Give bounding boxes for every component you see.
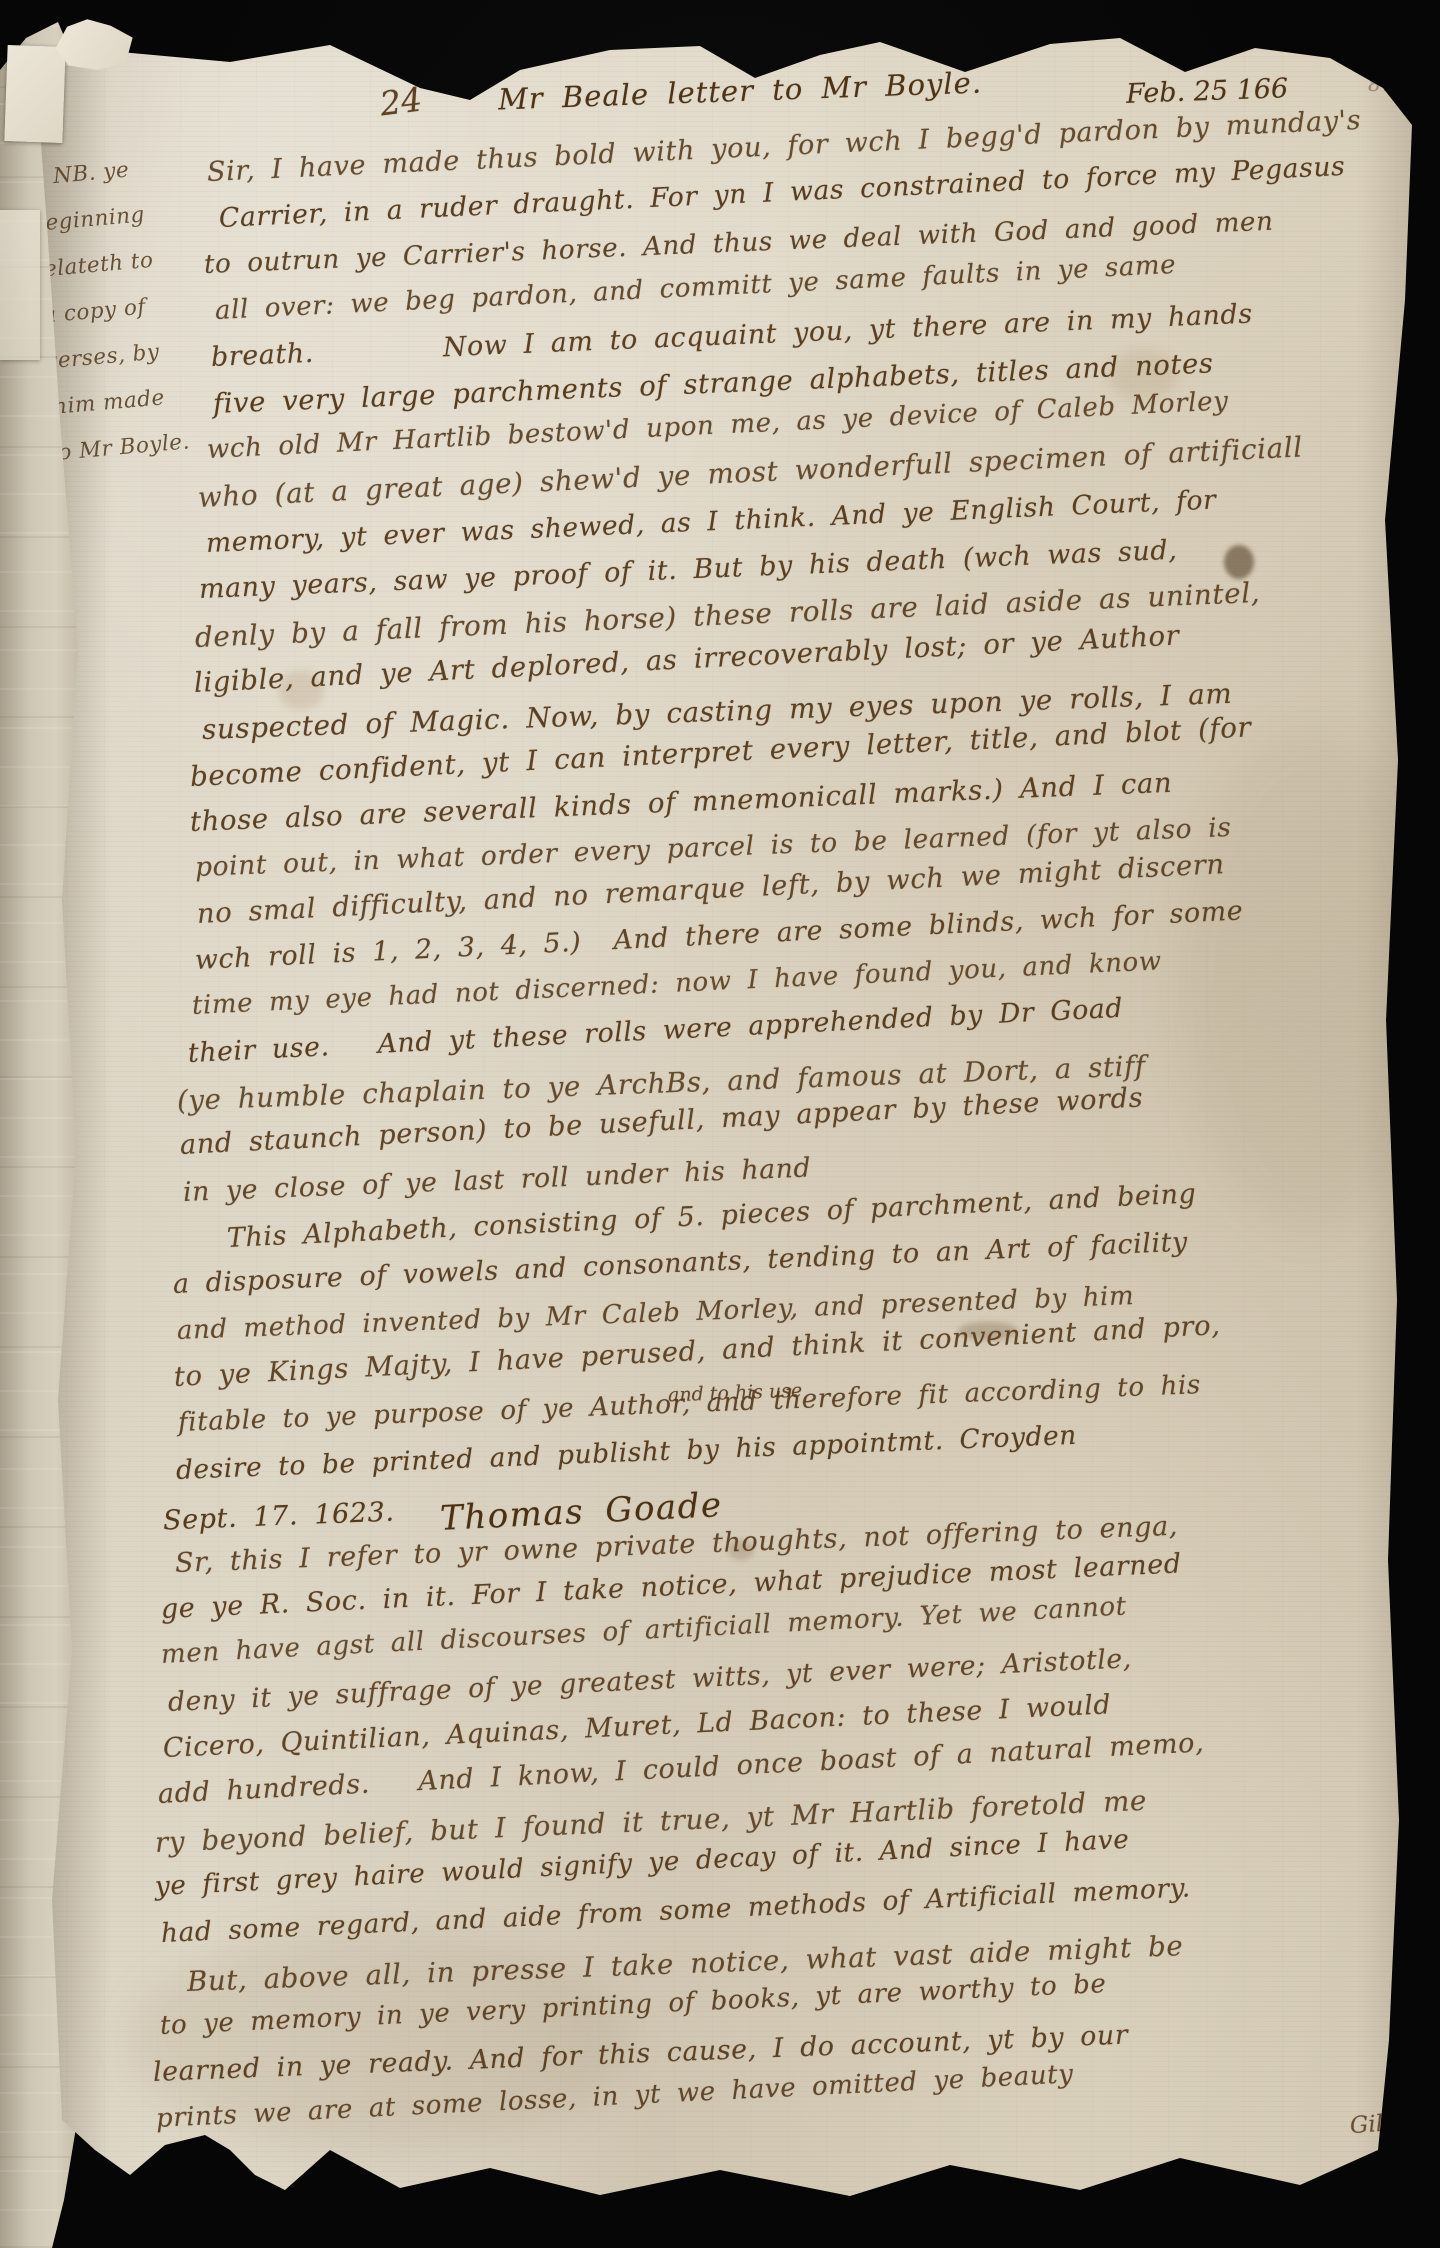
margin-note-line: NB. ye <box>52 152 196 210</box>
tape-repair <box>4 45 65 143</box>
header-title: Mr Beale letter to Mr Boyle. <box>498 66 983 117</box>
quote-date-line: Sept. 17. 1623. <box>162 1497 395 1537</box>
ink-stain <box>1224 545 1254 579</box>
header-date: Feb. 25 166 <box>1126 73 1289 110</box>
damp-stain <box>1178 730 1438 1230</box>
page-number: 24 <box>378 80 424 124</box>
interlinear-insertion: and to his use <box>668 1380 803 1407</box>
tape-repair <box>0 210 40 360</box>
manuscript-page: 24 Mr Beale letter to Mr Boyle. Feb. 25 … <box>28 30 1413 2202</box>
manuscript-scan: 24 Mr Beale letter to Mr Boyle. Feb. 25 … <box>0 0 1440 2248</box>
folio-number: 84 <box>1368 72 1393 96</box>
catchword: Gil <box>1349 2111 1384 2139</box>
